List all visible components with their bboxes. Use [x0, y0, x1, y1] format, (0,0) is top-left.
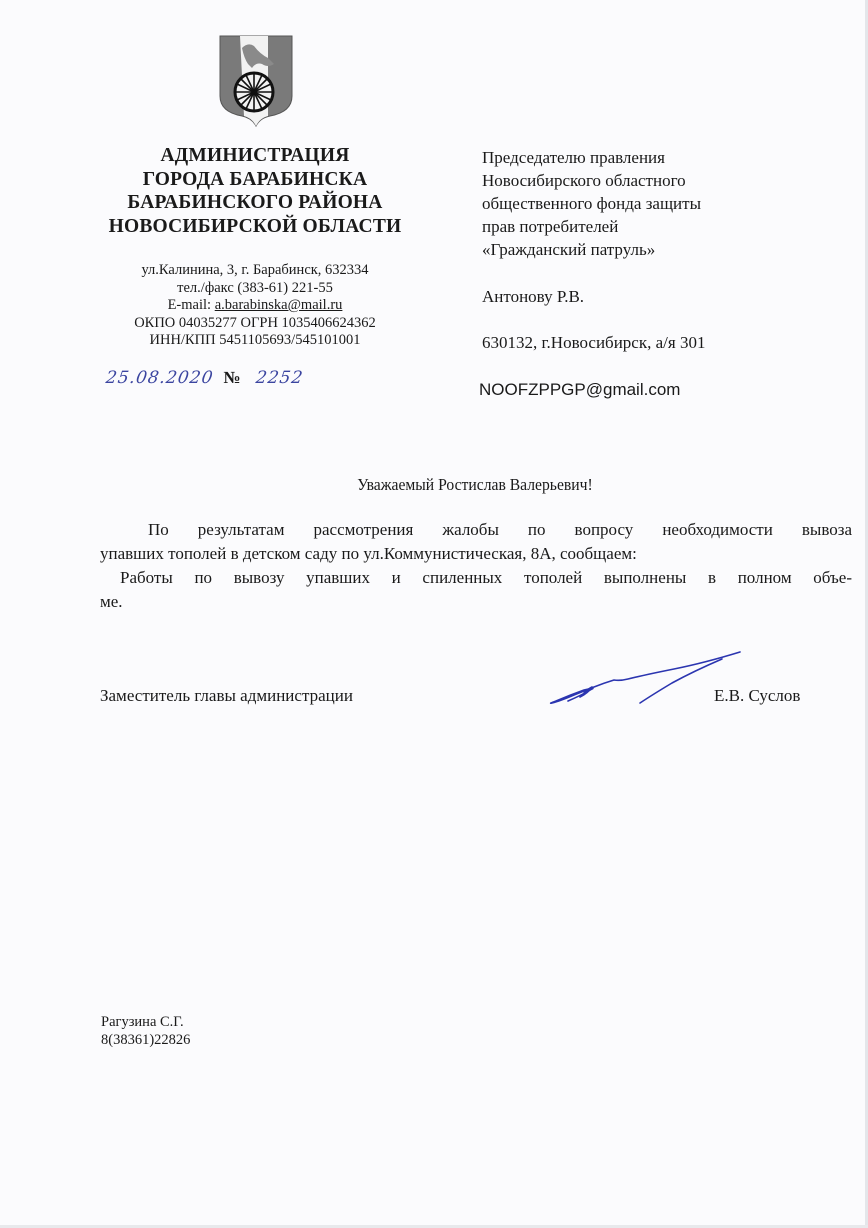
paragraph-2-line-2: ме. — [100, 590, 852, 614]
paragraph-2: Работы по вывозу упавших и спиленных топ… — [100, 566, 852, 614]
paragraph-1: По результатам рассмотрения жалобы по во… — [100, 518, 852, 566]
executor-block: Рагузина С.Г. 8(38361)22826 — [101, 1013, 190, 1049]
addressee-postal-address: 630132, г.Новосибирск, а/я 301 — [482, 333, 705, 353]
letter-body: По результатам рассмотрения жалобы по во… — [100, 518, 852, 614]
org-inn-kpp: ИНН/КПП 5451105693/545101001 — [105, 332, 405, 350]
addressee-email[interactable]: NOOFZPPGP@gmail.com — [479, 380, 680, 400]
addressee-line-3: общественного фонда защиты — [482, 192, 822, 215]
executor-name: Рагузина С.Г. — [101, 1013, 190, 1031]
org-title-line-2: ГОРОДА БАРАБИНСКА — [100, 168, 410, 192]
salutation: Уважаемый Ростислав Валерьевич! — [130, 475, 820, 495]
org-email-label: E-mail: — [168, 297, 215, 313]
organization-title: АДМИНИСТРАЦИЯ ГОРОДА БАРАБИНСКА БАРАБИНС… — [100, 144, 410, 238]
registration-line: 25.08.2020 № 2252 — [106, 368, 304, 398]
handwritten-number: 2252 — [255, 368, 305, 388]
org-email-link[interactable]: a.barabinska@mail.ru — [215, 297, 343, 313]
number-sign: № — [223, 368, 240, 387]
addressee-line-4: прав потребителей — [482, 215, 822, 238]
paragraph-2-line-1: Работы по вывозу упавших и спиленных топ… — [100, 566, 852, 590]
signatory-position: Заместитель главы администрации — [100, 686, 353, 706]
org-title-line-1: АДМИНИСТРАЦИЯ — [100, 144, 410, 168]
addressee-block: Председателю правления Новосибирского об… — [482, 146, 822, 261]
addressee-line-1: Председателю правления — [482, 146, 822, 169]
addressee-line-2: Новосибирского областного — [482, 169, 822, 192]
paragraph-1-line-2: упавших тополей в детском саду по ул.Ком… — [100, 542, 852, 566]
org-title-line-4: НОВОСИБИРСКОЙ ОБЛАСТИ — [100, 215, 410, 239]
paragraph-1-line-1: По результатам рассмотрения жалобы по во… — [100, 518, 852, 542]
org-address: ул.Калинина, 3, г. Барабинск, 632334 — [105, 262, 405, 280]
signatory-name: Е.В. Суслов — [714, 686, 800, 706]
addressee-line-5: «Гражданский патруль» — [482, 238, 822, 261]
addressee-name: Антонову Р.В. — [482, 287, 584, 307]
org-title-line-3: БАРАБИНСКОГО РАЙОНА — [100, 191, 410, 215]
org-phone: тел./факс (383-61) 221-55 — [105, 280, 405, 298]
organization-details: ул.Калинина, 3, г. Барабинск, 632334 тел… — [105, 262, 405, 350]
org-okpo-ogrn: ОКПО 04035277 ОГРН 1035406624362 — [105, 315, 405, 333]
handwritten-date: 25.08.2020 — [105, 368, 215, 388]
executor-phone: 8(38361)22826 — [101, 1031, 190, 1049]
coat-of-arms-icon — [218, 34, 294, 128]
org-email-row: E-mail: a.barabinska@mail.ru — [105, 297, 405, 315]
